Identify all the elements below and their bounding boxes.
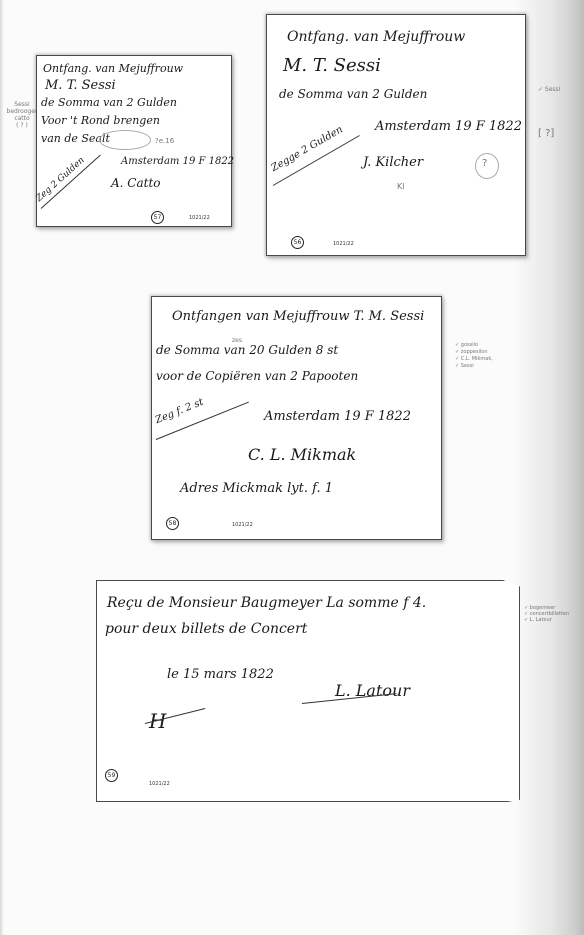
slip-56-line-2: M. T. Sessi xyxy=(283,55,381,76)
slip-56-line-1: Ontfang. van Mejuffrouw xyxy=(287,29,465,45)
slip-57-line-4: Voor 't Rond brengen xyxy=(41,114,160,127)
slip-56-place-date: Amsterdam 19 F 1822 xyxy=(375,119,522,134)
slip-58-number: 58 xyxy=(166,517,179,530)
slip-58-line-1: Ontfangen van Mejuffrouw T. M. Sessi xyxy=(172,309,424,324)
receipt-slip-58: Ontfangen van Mejuffrouw T. M. Sessi zes… xyxy=(151,296,442,540)
slip-57-pencil-note: ?e.16 xyxy=(155,138,174,145)
margin-note-right-58: ✓ gossilo ✓ zoppesilon ✓ C.L. Mikmak, ✓ … xyxy=(455,342,493,370)
receipt-slip-56: Ontfang. van Mejuffrouw M. T. Sessi de S… xyxy=(266,14,526,256)
slip-57-line-2: M. T. Sessi xyxy=(45,78,116,93)
pencil-circle-annotation xyxy=(99,130,151,150)
slip-56-reference: 1021/22 xyxy=(333,241,354,247)
slip-57-diagonal-amount: Zeg 2 Gulden xyxy=(34,155,86,204)
slip-56-signature: J. Kilcher xyxy=(363,155,423,170)
slip-59-number: 59 xyxy=(105,769,118,782)
slip-56-pencil-question: ? xyxy=(482,160,487,167)
slip-56-number: 56 xyxy=(291,236,304,249)
margin-note-right-56-question: [ ?] xyxy=(538,130,554,137)
slip-58-reference: 1021/22 xyxy=(232,522,253,528)
slip-59-place-date: le 15 mars 1822 xyxy=(167,667,274,682)
slip-57-place-date: Amsterdam 19 F 1822 xyxy=(121,156,234,167)
slip-56-pencil-kl: Kl xyxy=(397,183,404,190)
slip-56-line-3: de Somma van 2 Gulden xyxy=(279,87,427,101)
slip-57-signature: A. Catto xyxy=(111,176,161,190)
slip-59-line-1: Reçu de Monsieur Baugmeyer La somme f 4. xyxy=(107,595,426,611)
slip-57-number: 57 xyxy=(151,211,164,224)
margin-note-right-59: ✓ bogemeer ✓ concertbilletten ✓ L. Latou… xyxy=(524,605,569,623)
slip-57-line-3: de Somma van 2 Gulden xyxy=(41,96,177,109)
slip-58-signature-address: Adres Mickmak lyt. f. 1 xyxy=(180,481,333,496)
slip-57-line-1: Ontfang. van Mejuffrouw xyxy=(43,62,183,75)
slip-58-signature: C. L. Mikmak xyxy=(248,445,356,464)
slip-59-signature: L. Latour xyxy=(335,681,410,700)
page-left-edge xyxy=(0,0,4,935)
receipt-slip-59: Reçu de Monsieur Baugmeyer La somme f 4.… xyxy=(96,580,520,802)
slip-59-reference: 1021/22 xyxy=(149,781,170,787)
slip-58-line-2: de Somma van 20 Gulden 8 st xyxy=(156,343,338,357)
receipt-slip-57: Ontfang. van Mejuffrouw M. T. Sessi de S… xyxy=(36,55,232,227)
slip-57-reference: 1021/22 xyxy=(189,215,210,221)
slip-59-line-2: pour deux billets de Concert xyxy=(105,621,307,637)
margin-note-right-56: ✓ Sessi xyxy=(538,86,560,93)
slip-58-line-3: voor de Copiëren van 2 Papooten xyxy=(156,369,358,383)
slip-58-place-date: Amsterdam 19 F 1822 xyxy=(264,409,411,424)
